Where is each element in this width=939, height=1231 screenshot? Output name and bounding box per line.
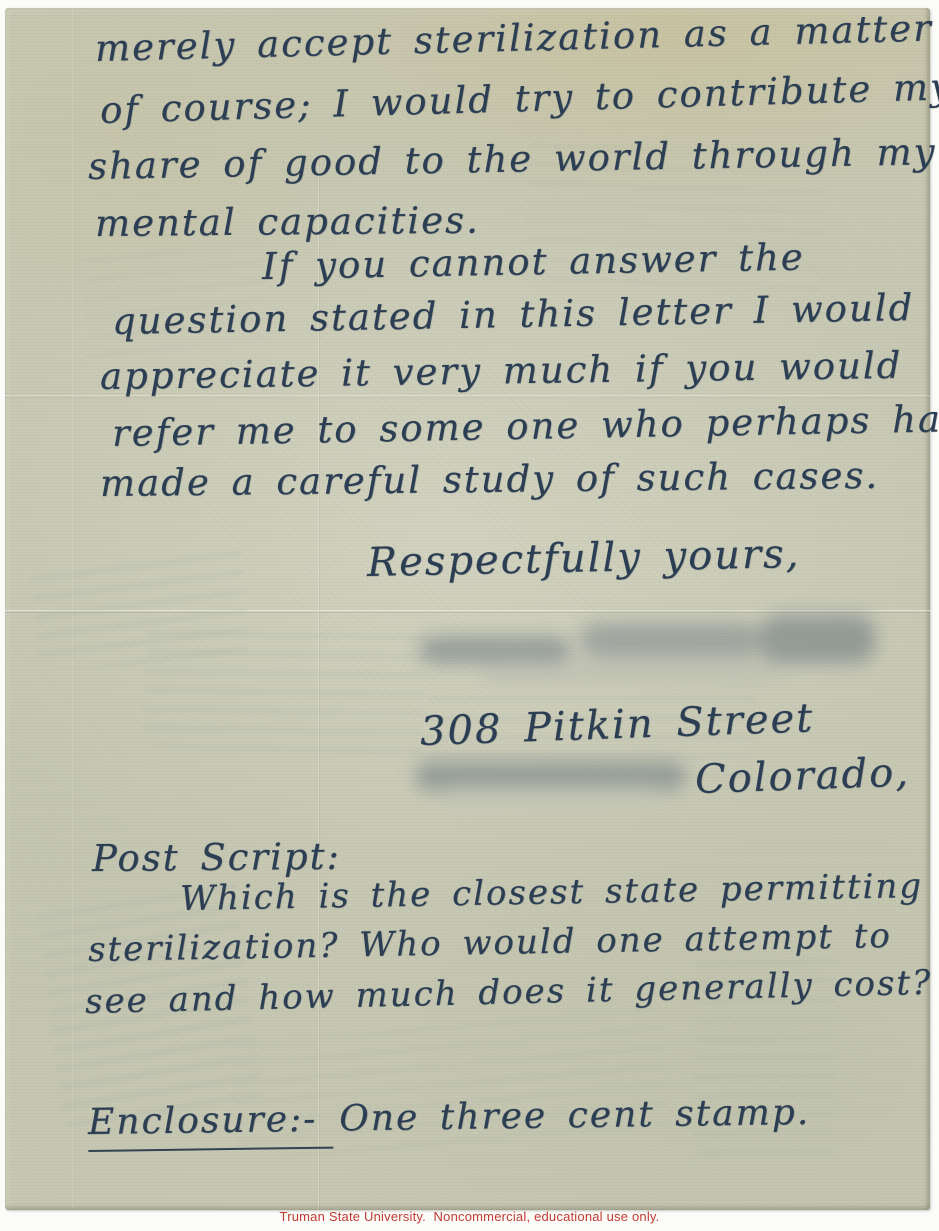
letter-paper-sheet: merely accept sterilization as a matter … <box>5 8 930 1210</box>
enclosure-text: One three cent stamp. <box>339 1092 810 1140</box>
redacted-city <box>415 752 710 816</box>
redacted-signature <box>420 615 880 703</box>
letter-body-line: made a careful study of such cases. <box>100 457 879 502</box>
bleed-through-mark <box>142 616 428 760</box>
enclosure-label: Enclosure:- <box>88 1099 334 1152</box>
signature-smear <box>480 661 780 683</box>
scanned-letter-page: merely accept sterilization as a matter … <box>0 0 939 1231</box>
letter-body-line: appreciate it very much if you would <box>100 347 903 395</box>
signature-smear <box>760 615 875 663</box>
city-smear <box>445 786 665 806</box>
signature-smear <box>580 623 760 657</box>
signature-smear <box>420 637 570 663</box>
letter-body-line: If you cannot answer the <box>262 239 805 285</box>
postscript-label: Post Script: <box>92 838 341 877</box>
letter-body-line: mental capacities. <box>95 202 480 242</box>
state-line: Colorado, <box>694 753 910 800</box>
closing-line: Respectfully yours, <box>367 534 801 583</box>
enclosure-line: Enclosure:-One three cent stamp. <box>88 1095 811 1141</box>
archive-attribution-footer: Truman State University. Noncommercial, … <box>0 1209 939 1224</box>
